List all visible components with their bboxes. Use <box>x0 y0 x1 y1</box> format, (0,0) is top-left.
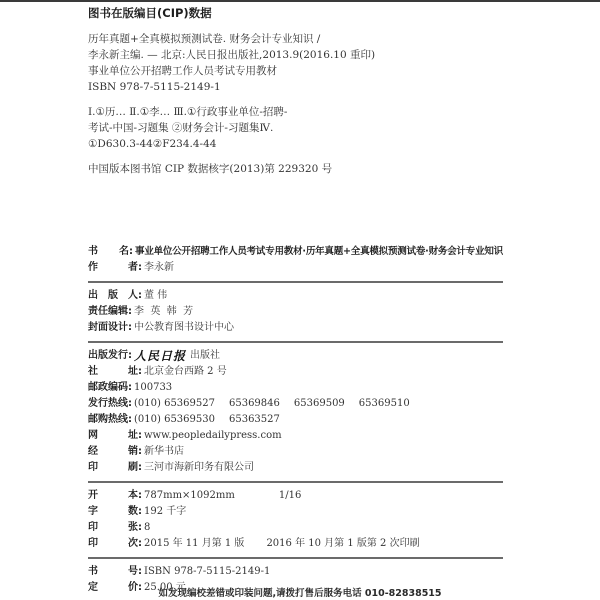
row-website: 网 址 : www.peopledailypress.com <box>88 428 503 444</box>
phone-number: 65369510 <box>359 396 410 412</box>
label-char: 址 <box>128 364 138 380</box>
row-word-count: 字 数 : 192 千字 <box>88 504 503 520</box>
row-editors: 责任编辑: 李 英 韩 芳 <box>88 304 503 320</box>
row-author: 作 者 : 李永新 <box>88 260 503 276</box>
address-value: 北京金台西路 2 号 <box>144 364 227 380</box>
cip-record: 历年真题+全真模拟预测试卷. 财务会计专业知识 / 李永新主编. — 北京:人民… <box>88 31 508 95</box>
cip-classification: Ⅰ.①历… Ⅱ.①李… Ⅲ.①行政事业单位-招聘- 考试-中国-习题集 ②财务会… <box>88 104 508 152</box>
cip-heading: 图书在版编目(CIP)数据 <box>88 4 508 22</box>
label-char: 印 <box>88 536 98 552</box>
colon: : <box>128 412 132 428</box>
label-char: 出 <box>88 288 98 304</box>
isbn-value: ISBN 978-7-5115-2149-1 <box>144 564 270 580</box>
cip-library-record: 中国版本图书馆 CIP 数据核字(2013)第 229320 号 <box>88 161 508 177</box>
phone-number: 65369527 <box>164 396 215 412</box>
cip-record-line: 事业单位公开招聘工作人员考试专用教材 <box>88 63 508 79</box>
colon: : <box>138 520 142 536</box>
label-char: 字 <box>88 504 98 520</box>
cip-classification-line: ①D630.3-44②F234.4-44 <box>88 136 508 152</box>
publisher-person-value: 董 伟 <box>144 288 167 304</box>
label-website: 网 址 <box>88 428 138 444</box>
colon: : <box>138 260 142 276</box>
phone-number: 65369530 <box>164 412 215 428</box>
colon: : <box>128 320 132 336</box>
printer-value: 三河市海新印务有限公司 <box>144 460 254 476</box>
format-fold: 1/16 <box>279 488 301 504</box>
row-publisher-person: 出 版 人 : 董 伟 <box>88 288 503 304</box>
colon: : <box>129 244 133 260</box>
cip-data-block: 图书在版编目(CIP)数据 历年真题+全真模拟预测试卷. 财务会计专业知识 / … <box>88 4 508 177</box>
separator-rule <box>88 341 503 343</box>
colon: : <box>138 364 142 380</box>
area-code: (010) <box>134 396 161 412</box>
row-isbn: 书 号 : ISBN 978-7-5115-2149-1 <box>88 564 503 580</box>
row-sales-hotline: 发行热线: (010) 65369527 65369846 65369509 6… <box>88 396 503 412</box>
area-code: (010) <box>134 412 161 428</box>
label-char: 网 <box>88 428 98 444</box>
label-editors: 责任编辑 <box>88 304 128 320</box>
label-char: 数 <box>128 504 138 520</box>
label-char: 开 <box>88 488 98 504</box>
label-sheets: 印 张 <box>88 520 138 536</box>
after-sales-notice: 如发现编校差错或印装问题,请拨打售后服务电话 010-82838515 <box>0 585 600 599</box>
cip-record-line: ISBN 978-7-5115-2149-1 <box>88 79 508 95</box>
row-dealer: 经 销 : 新华书店 <box>88 444 503 460</box>
label-cover-design: 封面设计 <box>88 320 128 336</box>
label-char: 号 <box>128 564 138 580</box>
label-mail-order-hotline: 邮购热线 <box>88 412 128 428</box>
postcode-value: 100733 <box>134 380 172 396</box>
label-distributor: 出版发行 <box>88 348 128 364</box>
cip-record-line: 历年真题+全真模拟预测试卷. 财务会计专业知识 / <box>88 31 508 47</box>
format-size: 787mm×1092mm <box>144 488 235 504</box>
label-char: 经 <box>88 444 98 460</box>
colon: : <box>128 348 132 364</box>
book-title-value: 事业单位公开招聘工作人员考试专用教材·历年真题+全真模拟预测试卷·财务会计专业知… <box>135 244 503 260</box>
label-char: 印 <box>88 520 98 536</box>
separator-rule <box>88 481 503 483</box>
row-edition: 印 次 : 2015 年 11 月第 1 版 2016 年 10 月第 1 版第… <box>88 536 503 552</box>
label-char: 印 <box>88 460 98 476</box>
label-char: 本 <box>128 488 138 504</box>
distributor-value: 出版社 <box>190 348 220 364</box>
phone-number: 65369509 <box>294 396 345 412</box>
label-printer: 印 刷 <box>88 460 138 476</box>
separator-rule <box>88 281 503 283</box>
sheets-value: 8 <box>144 520 150 536</box>
row-cover-design: 封面设计: 中公教育图书设计中心 <box>88 320 503 336</box>
label-char: 书 <box>88 244 98 260</box>
label-publisher-person: 出 版 人 <box>88 288 138 304</box>
editors-value: 李 英 韩 芳 <box>134 304 193 320</box>
row-sheets: 印 张 : 8 <box>88 520 503 536</box>
label-char: 址 <box>128 428 138 444</box>
label-word-count: 字 数 <box>88 504 138 520</box>
phone-number: 65369846 <box>229 396 280 412</box>
colon: : <box>128 396 132 412</box>
label-char: 者 <box>128 260 138 276</box>
label-char: 书 <box>88 564 98 580</box>
cover-design-value: 中公教育图书设计中心 <box>134 320 234 336</box>
label-char: 作 <box>88 260 98 276</box>
row-address: 社 址 : 北京金台西路 2 号 <box>88 364 503 380</box>
colon: : <box>138 460 142 476</box>
row-mail-order-hotline: 邮购热线: (010) 65369530 65363527 <box>88 412 503 428</box>
colon: : <box>128 304 132 320</box>
cip-classification-line: 考试-中国-习题集 ②财务会计-习题集Ⅳ. <box>88 120 508 136</box>
label-char: 刷 <box>128 460 138 476</box>
word-count-value: 192 千字 <box>144 504 186 520</box>
label-edition: 印 次 <box>88 536 138 552</box>
label-char: 名 <box>119 244 129 260</box>
edition-first: 2015 年 11 月第 1 版 <box>144 536 244 552</box>
row-postcode: 邮政编码: 100733 <box>88 380 503 396</box>
colon: : <box>138 428 142 444</box>
author-value: 李永新 <box>144 260 174 276</box>
dealer-value: 新华书店 <box>144 444 184 460</box>
row-distributor: 出版发行: 人民日报 出版社 <box>88 348 503 364</box>
label-dealer: 经 销 <box>88 444 138 460</box>
label-char: 人 <box>128 288 138 304</box>
colon: : <box>128 380 132 396</box>
label-book-title: 书 名 <box>88 244 129 260</box>
colon: : <box>138 444 142 460</box>
colon: : <box>138 504 142 520</box>
label-author: 作 者 <box>88 260 138 276</box>
cip-record-line: 李永新主编. — 北京:人民日报出版社,2013.9(2016.10 重印) <box>88 47 508 63</box>
row-format: 开 本 : 787mm×1092mm 1/16 <box>88 488 503 504</box>
colon: : <box>138 536 142 552</box>
label-isbn: 书 号 <box>88 564 138 580</box>
label-sales-hotline: 发行热线 <box>88 396 128 412</box>
label-char: 版 <box>108 288 118 304</box>
people-daily-logo: 人民日报 <box>134 348 186 364</box>
phone-number: 65363527 <box>229 412 280 428</box>
label-postcode: 邮政编码 <box>88 380 128 396</box>
cip-classification-line: Ⅰ.①历… Ⅱ.①李… Ⅲ.①行政事业单位-招聘- <box>88 104 508 120</box>
label-char: 销 <box>128 444 138 460</box>
label-address: 社 址 <box>88 364 138 380</box>
row-book-title: 书 名 : 事业单位公开招聘工作人员考试专用教材·历年真题+全真模拟预测试卷·财… <box>88 244 503 260</box>
label-format: 开 本 <box>88 488 138 504</box>
row-printer: 印 刷 : 三河市海新印务有限公司 <box>88 460 503 476</box>
top-border-rule <box>0 0 600 2</box>
colophon-table: 书 名 : 事业单位公开招聘工作人员考试专用教材·历年真题+全真模拟预测试卷·财… <box>88 244 503 600</box>
label-char: 张 <box>128 520 138 536</box>
edition-reprint: 2016 年 10 月第 1 版第 2 次印刷 <box>266 536 419 552</box>
label-char: 社 <box>88 364 98 380</box>
separator-rule <box>88 557 503 559</box>
colon: : <box>138 564 142 580</box>
colon: : <box>138 488 142 504</box>
label-char: 次 <box>128 536 138 552</box>
website-value: www.peopledailypress.com <box>144 428 282 444</box>
colon: : <box>138 288 142 304</box>
